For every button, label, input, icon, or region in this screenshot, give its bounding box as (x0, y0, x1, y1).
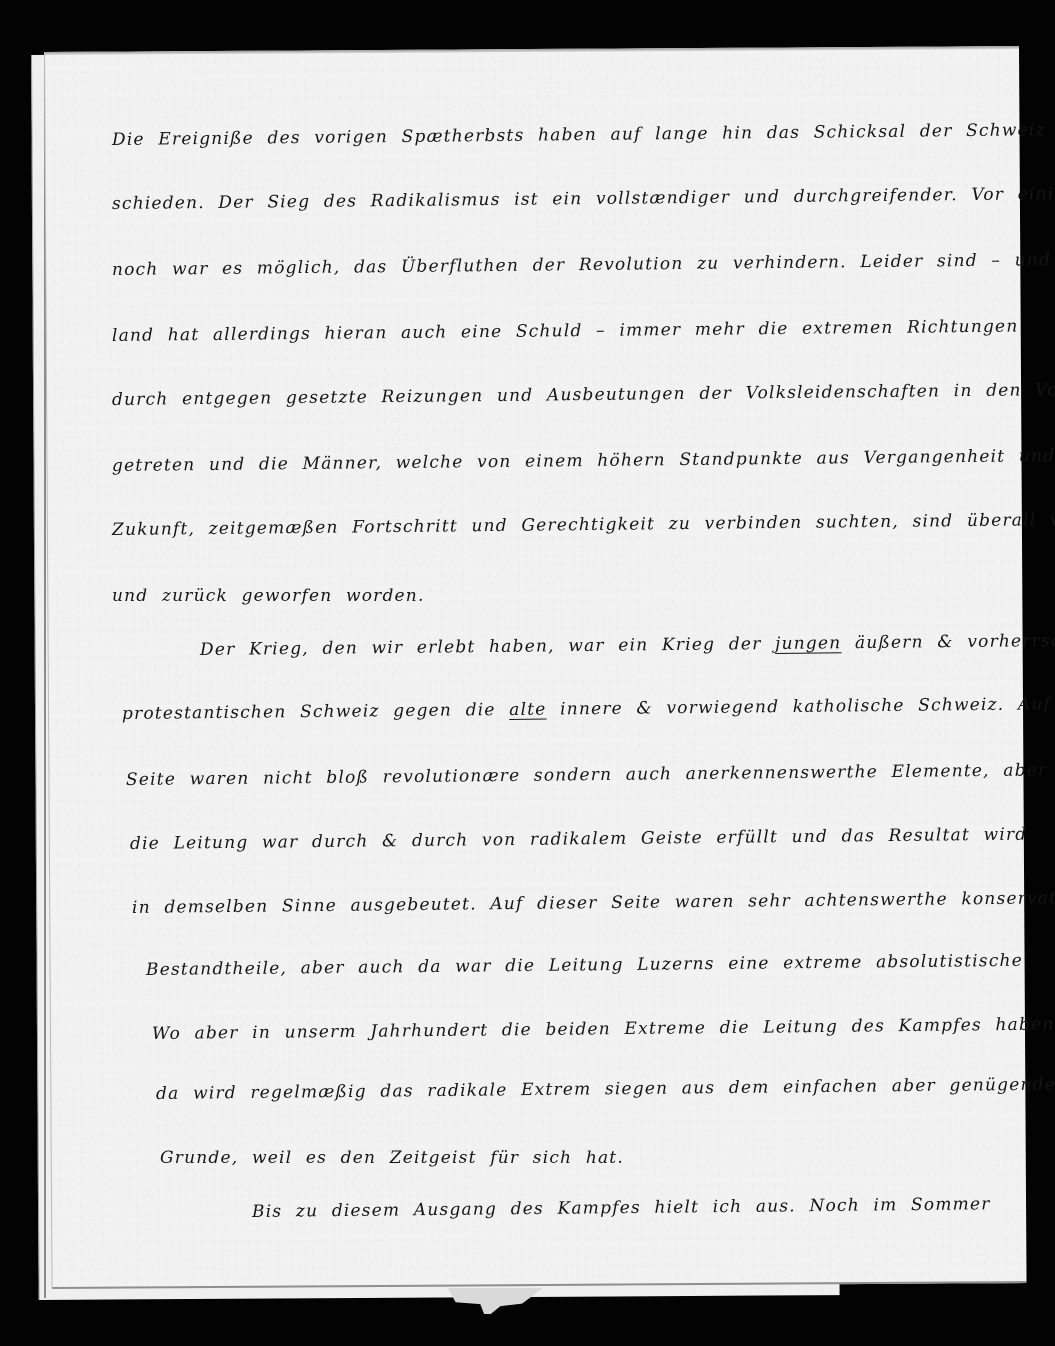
word: & (937, 632, 954, 652)
underlined-word: alte (509, 700, 546, 720)
word: Krieg (662, 635, 715, 656)
word: Schweiz (300, 701, 380, 722)
word: katholische (793, 696, 905, 717)
word: Krieg, (249, 639, 309, 660)
word: erlebt (417, 637, 476, 658)
text-line: und zurück geworfen worden. (112, 586, 425, 606)
underlined-word: jungen (775, 633, 841, 654)
word: Schweiz. (918, 695, 1004, 716)
word: haben, (489, 636, 555, 657)
word: & (636, 698, 653, 718)
word: den (322, 638, 358, 658)
text-line: Grunde, weil es den Zeitgeist für sich h… (160, 1148, 624, 1168)
word: wir (371, 638, 403, 658)
word: innere (560, 699, 623, 720)
word: vorherrschend (967, 630, 1055, 651)
word: gegen (393, 701, 452, 722)
word: protestantischen (122, 702, 287, 724)
word: war (568, 636, 605, 656)
word: äußern (855, 632, 924, 653)
word: Auf (1018, 694, 1051, 714)
word: ein (618, 635, 648, 655)
word: der (729, 634, 762, 654)
word: die (466, 700, 496, 720)
word: vorwiegend (666, 697, 779, 718)
word: Der (200, 640, 236, 660)
